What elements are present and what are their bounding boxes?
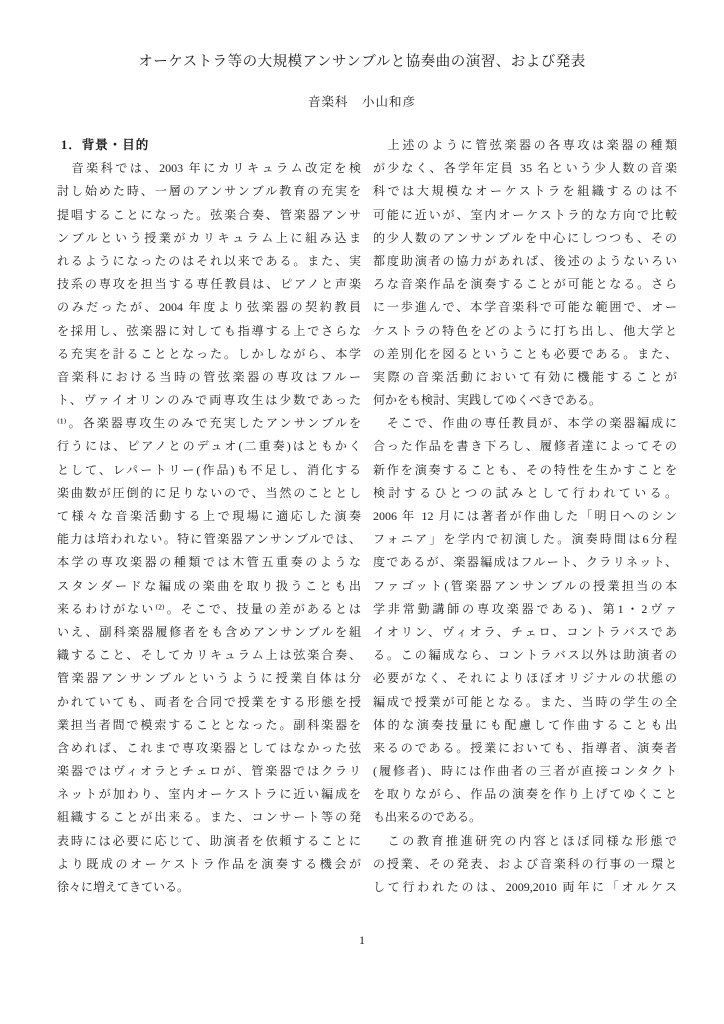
text-line: ⁽¹⁾。各楽器専攻生のみで充実したアンサンブルを xyxy=(57,412,361,435)
text-line: 新作を演奏することも、その特性を生かすことを xyxy=(373,459,677,482)
text-line: ネットが加わり、室内オーケストラに近い編成を xyxy=(57,783,361,806)
text-line: る充実を計ることとなった。しかしながら、本学 xyxy=(57,343,361,366)
text-line: 科では大規模なオーケストラを組織するのは不 xyxy=(373,180,677,203)
text-line: (履修者)、時には作曲者の三者が直接コンタクト xyxy=(373,760,677,783)
text-line: 含めれば、これまで専攻楽器としてはなかった弦 xyxy=(57,737,361,760)
text-line: フォニア」を学内で初演した。演奏時間は6分程 xyxy=(373,528,677,551)
text-line: 提唱することになった。弦楽合奏、管楽器アンサ xyxy=(57,204,361,227)
text-line: 2006 年 12 月には著者が作曲した「明日へのシン xyxy=(373,505,677,528)
left-column-paragraphs: 音楽科では、2003 年にカリキュラム改定を検討し始めた時、一層のアンサンブル教… xyxy=(57,157,361,899)
text-line: いえ、副科楽器履修者をも含めアンサンブルを組 xyxy=(57,621,361,644)
text-line: ンブルという授業がカリキュラム上に組み込ま xyxy=(57,227,361,250)
text-line: 音楽科では、2003 年にカリキュラム改定を検 xyxy=(57,157,361,180)
text-line: この教育推進研究の内容とほぼ同様な形態で xyxy=(373,830,677,853)
text-line: ト、ヴァイオリンのみで両専攻生は少数であった xyxy=(57,389,361,412)
paragraph: 上述のように管弦楽器の各専攻は楽器の種類が少なく、各学年定員 35 名という少人… xyxy=(373,134,677,412)
text-line: より既成のオーケストラ作品を演奏する機会が xyxy=(57,853,361,876)
text-line: 管楽器アンサンブルというように授業自体は分 xyxy=(57,667,361,690)
text-line: 能力は培われない。特に管楽器アンサンブルでは、 xyxy=(57,528,361,551)
right-column-paragraphs: 上述のように管弦楽器の各専攻は楽器の種類が少なく、各学年定員 35 名という少人… xyxy=(373,134,677,899)
text-line: が少なく、各学年定員 35 名という少人数の音楽 xyxy=(373,157,677,180)
text-line: も出来るのである。 xyxy=(373,806,677,829)
paragraph: 音楽科では、2003 年にカリキュラム改定を検討し始めた時、一層のアンサンブル教… xyxy=(57,157,361,899)
section-heading: 1．背景・目的 xyxy=(57,134,361,157)
text-line: 的少人数のアンサンブルを中心にしつつも、その xyxy=(373,227,677,250)
text-line: 討し始めた時、一層のアンサンブル教育の充実を xyxy=(57,180,361,203)
text-line: 行うには、ピアノとのデュオ(二重奏)はともかく xyxy=(57,435,361,458)
text-line: として、レパートリー(作品)も不足し、消化する xyxy=(57,459,361,482)
page-title: オーケストラ等の大規模アンサンブルと協奏曲の演習、および発表 xyxy=(0,0,724,72)
text-line: 音楽科における当時の管弦楽器の専攻はフルー xyxy=(57,366,361,389)
text-line: 本学の専攻楽器の種類では木管五重奏のような xyxy=(57,551,361,574)
text-line: 織すること、そしてカリキュラム上は弦楽合奏、 xyxy=(57,644,361,667)
text-line: ケストラの特色をどのように打ち出し、他大学と xyxy=(373,320,677,343)
text-line: 技系の専攻を担当する専任教員は、ピアノと声楽 xyxy=(57,273,361,296)
text-line: ファゴット(管楽器アンサンブルの授業担当の本 xyxy=(373,575,677,598)
text-line: 来るのである。授業においても、指導者、演奏者 xyxy=(373,737,677,760)
text-line: 都度助演者の協力があれば、後述のようないろい xyxy=(373,250,677,273)
text-line: 編成で授業が可能となる。また、当時の学生の全 xyxy=(373,691,677,714)
text-line: のみだったが、2004 年度より弦楽器の契約教員 xyxy=(57,296,361,319)
author-line: 音楽科 小山和彦 xyxy=(0,92,724,110)
text-line: 体的な演奏技量にも配慮して作曲することも出 xyxy=(373,714,677,737)
text-line: 学非常勤講師の専攻楽器である)、第1・2ヴァ xyxy=(373,598,677,621)
text-line: 必要がなく、それによりほぼオリジナルの状態の xyxy=(373,667,677,690)
text-line: る。この編成なら、コントラバス以外は助演者の xyxy=(373,644,677,667)
text-line: 検討するひとつの試みとして行われている。 xyxy=(373,482,677,505)
text-line: の差別化を図るということも必要である。また、 xyxy=(373,343,677,366)
text-line: を採用し、弦楽器に対しても指導する上でさらな xyxy=(57,320,361,343)
text-line: の授業、その発表、および音楽科の行事の一環と xyxy=(373,853,677,876)
text-line: 可能に近いが、室内オーケストラ的な方向で比較 xyxy=(373,204,677,227)
text-line: かれていても、両者を合同で授業をする形態を授 xyxy=(57,691,361,714)
text-line: て様々な音楽活動する上で現場に適応した演奏 xyxy=(57,505,361,528)
text-line: 上述のように管弦楽器の各専攻は楽器の種類 xyxy=(373,134,677,157)
text-line: 楽器ではヴィオラとチェロが、管楽器ではクラリ xyxy=(57,760,361,783)
text-line: ろな音楽作品を演奏することが可能となる。さら xyxy=(373,273,677,296)
text-line: 合った作品を書き下ろし、履修者達によってその xyxy=(373,435,677,458)
right-column: 上述のように管弦楽器の各専攻は楽器の種類が少なく、各学年定員 35 名という少人… xyxy=(373,134,677,899)
text-line: 徐々に増えてきている。 xyxy=(57,876,361,899)
text-line: 何かをも検討、実践してゆくべきである。 xyxy=(373,389,677,412)
text-line: に一歩進んで、本学音楽科で可能な範囲で、オー xyxy=(373,296,677,319)
text-line: イオリン、ヴィオラ、チェロ、コントラバスであ xyxy=(373,621,677,644)
text-line: 実際の音楽活動において有効に機能することが xyxy=(373,366,677,389)
two-column-body: 1．背景・目的 音楽科では、2003 年にカリキュラム改定を検討し始めた時、一層… xyxy=(0,134,724,899)
text-line: を取りながら、作品の演奏を作り上げてゆくこと xyxy=(373,783,677,806)
left-column: 1．背景・目的 音楽科では、2003 年にカリキュラム改定を検討し始めた時、一層… xyxy=(57,134,361,899)
text-line: 組織することが出来る。また、コンサート等の発 xyxy=(57,806,361,829)
text-line: 表時には必要に応じて、助演者を依頼することに xyxy=(57,830,361,853)
text-line: して行われたのは、2009,2010 両年に「オルケス xyxy=(373,876,677,899)
paragraph: この教育推進研究の内容とほぼ同様な形態での授業、その発表、および音楽科の行事の一… xyxy=(373,830,677,900)
document-page: オーケストラ等の大規模アンサンブルと協奏曲の演習、および発表 音楽科 小山和彦 … xyxy=(0,0,724,1024)
text-line: れるようになったのはそれ以来である。また、実 xyxy=(57,250,361,273)
paragraph: そこで、作曲の専任教員が、本学の楽器編成に合った作品を書き下ろし、履修者達によっ… xyxy=(373,412,677,829)
text-line: 度であるが、楽器編成はフルート、クラリネット、 xyxy=(373,551,677,574)
text-line: スタンダードな編成の楽曲を取り扱うことも出 xyxy=(57,575,361,598)
text-line: 来るわけがない⁽²⁾。そこで、技量の差があるとは xyxy=(57,598,361,621)
text-line: 業担当者間で模索することとなった。副科楽器を xyxy=(57,714,361,737)
text-line: 楽曲数が圧倒的に足りないので、当然のこととし xyxy=(57,482,361,505)
page-number: 1 xyxy=(0,933,724,948)
text-line: そこで、作曲の専任教員が、本学の楽器編成に xyxy=(373,412,677,435)
